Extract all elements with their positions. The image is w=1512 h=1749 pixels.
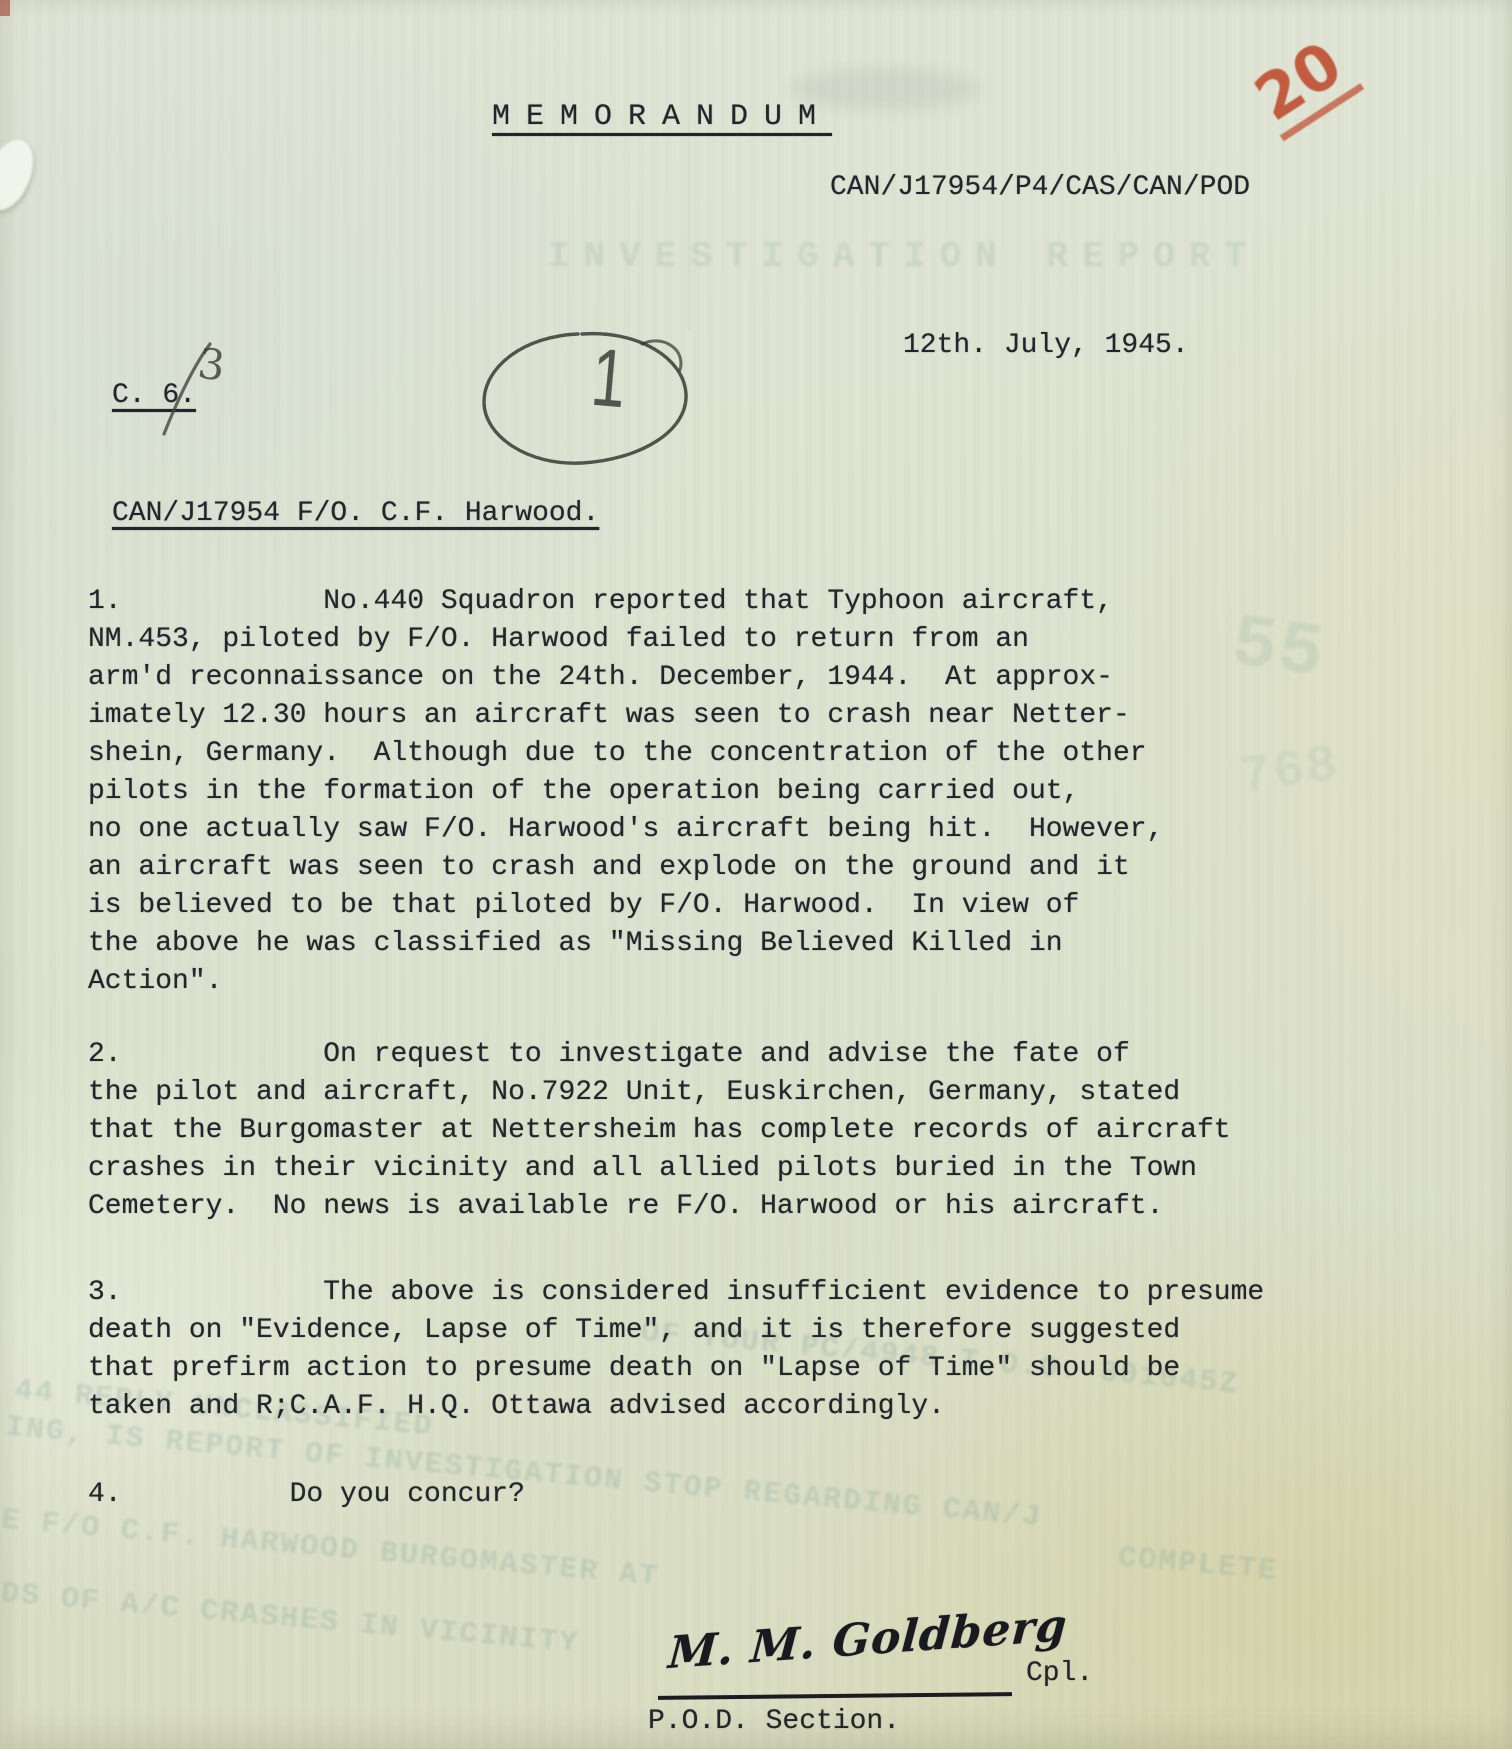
file-reference-line: CAN/J17954/P4/CAS/CAN/POD bbox=[830, 172, 1250, 203]
circle-annotation bbox=[470, 322, 700, 480]
subject-line: CAN/J17954 F/O. C.F. Harwood. bbox=[112, 498, 599, 529]
memorandum-scan: INVESTIGATION REPORT 55 768 OF YOUR PC/4… bbox=[0, 0, 1512, 1749]
ghost-margin-number: 55 bbox=[1227, 602, 1331, 698]
pencil-strike-mark bbox=[150, 338, 230, 442]
ghost-line-3: E F/O C.F. HARWOOD BURGOMASTER AT bbox=[0, 1503, 660, 1594]
paper-crease bbox=[688, 0, 690, 330]
memo-date: 12th. July, 1945. bbox=[903, 330, 1189, 361]
paragraph-3: 3. The above is considered insufficient … bbox=[88, 1274, 1264, 1426]
signature-handwriting: M. M. Goldberg bbox=[667, 1600, 1069, 1679]
signature-rank: Cpl. bbox=[1026, 1658, 1093, 1689]
ghost-line-3b: COMPLETE bbox=[1117, 1541, 1279, 1589]
red-pencil-page-number: 20 bbox=[1244, 28, 1365, 142]
paragraph-2: 2. On request to investigate and advise … bbox=[88, 1036, 1231, 1226]
ghost-margin-scribble: 768 bbox=[1236, 735, 1343, 807]
signature-section: P.O.D. Section. bbox=[648, 1706, 900, 1737]
paragraph-4: 4. Do you concur? bbox=[88, 1476, 525, 1514]
circled-page-number: 1 bbox=[588, 337, 629, 422]
paper-fold-mark bbox=[0, 133, 42, 217]
ghost-line-4: DS OF A/C CRASHES IN VICINITY bbox=[0, 1577, 580, 1661]
red-edge-speck bbox=[0, 0, 10, 16]
ghost-header-text: INVESTIGATION REPORT bbox=[548, 236, 1260, 277]
signature-underline bbox=[658, 1692, 1012, 1700]
memo-title: MEMORANDUM bbox=[492, 100, 832, 134]
paragraph-1: 1. No.440 Squadron reported that Typhoon… bbox=[88, 583, 1163, 1001]
